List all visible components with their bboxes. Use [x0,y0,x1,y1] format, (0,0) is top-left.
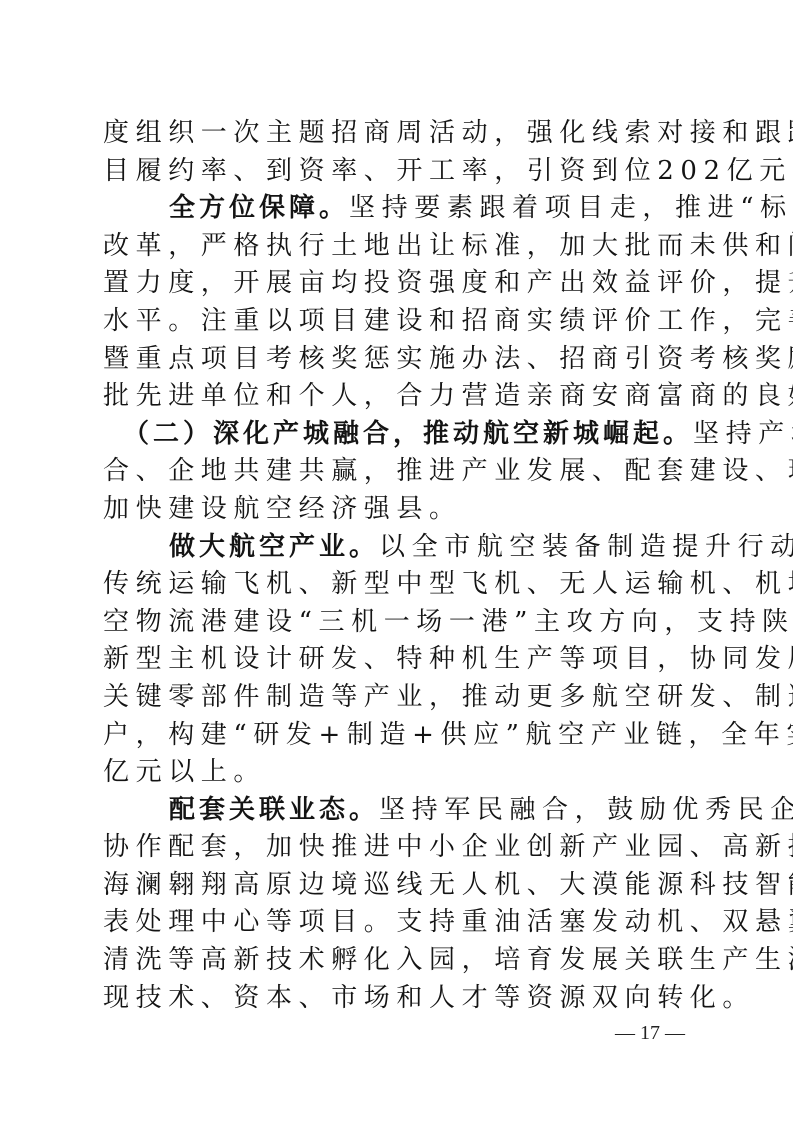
text-line: 传统运输飞机、新型中型飞机、无人运输机、机场二期扩建、航 [103,566,703,604]
text-line: 新型主机设计研发、特种机生产等项目，协同发展飞机维修改装、 [103,641,703,679]
text-line: 改革，严格执行土地出让标准，加大批而未供和闲置土地清理处 [103,228,703,266]
text-line: 现技术、资本、市场和人才等资源双向转化。 [103,980,703,1018]
text-line: 协作配套，加快推进中小企业创新产业园、高新技术产业孵化园、 [103,829,703,867]
text-line: 暨重点项目考核奖惩实施办法、招商引资考核奖励机制，重奖一 [103,341,703,379]
text-run: 以全市航空装备制造提升行动为契机，瞄准 [379,532,793,562]
text-run: 坚持产城军民融 [693,419,793,449]
text-line: 置力度，开展亩均投资强度和产出效益评价，提升节约集约用地 [103,265,703,303]
document-body: 度组织一次主题招商周活动，强化线索对接和跟踪服务，提高项 目履约率、到资率、开工… [103,115,703,1017]
page-number: — 17 — [615,1022,675,1045]
text-line: 海澜翱翔高原边境巡线无人机、大漠能源科技智能制造、陕南热 [103,867,703,905]
paragraph-first-line: 配套关联业态。坚持军民融合，鼓励优秀民企参与军工企业 [103,792,703,830]
text-line: 加快建设航空经济强县。 [103,491,703,529]
text-line: 亿元以上。 [103,754,703,792]
section-heading: 全方位保障。 [169,193,349,223]
text-line: 清洗等高新技术孵化入园，培育发展关联生产生活性服务业，实 [103,942,703,980]
text-line: 水平。注重以项目建设和招商实绩评价工作，完善扩大有效投资 [103,303,703,341]
paragraph-first-line: 全方位保障。坚持要素跟着项目走，推进“标准地+承诺制” [103,190,703,228]
text-line: 度组织一次主题招商周活动，强化线索对接和跟踪服务，提高项 [103,115,703,153]
text-line: 批先进单位和个人，合力营造亲商安商富商的良好氛围。 [103,378,703,416]
text-line: 关键零部件制造等产业，推动更多航空研发、制造及平台项目落 [103,679,703,717]
text-line: 户，构建“研发+制造+供应”航空产业链，全年实现工业产值 220 [103,717,703,755]
paragraph-first-line: 做大航空产业。以全市航空装备制造提升行动为契机，瞄准 [103,529,703,567]
text-run: 坚持军民融合，鼓励优秀民企参与军工企业 [379,795,793,825]
section-heading: （二）深化产城融合，推动航空新城崛起。 [123,419,693,449]
text-line: 空物流港建设“三机一场一港”主攻方向，支持陕飞公司加快推进 [103,604,703,642]
section-heading: 配套关联业态。 [169,795,379,825]
section-heading: 做大航空产业。 [169,532,379,562]
text-line: 合、企地共建共赢，推进产业发展、配套建设、环境保障等工作， [103,453,703,491]
text-line: 表处理中心等项目。支持重油活塞发动机、双悬翼同步器、激光 [103,904,703,942]
text-run: 坚持要素跟着项目走，推进“标准地+承诺制” [349,193,793,223]
paragraph-first-line: （二）深化产城融合，推动航空新城崛起。坚持产城军民融 [103,416,703,454]
text-line: 目履约率、到资率、开工率，引资到位202亿元以上、增长30%。 [103,153,703,191]
